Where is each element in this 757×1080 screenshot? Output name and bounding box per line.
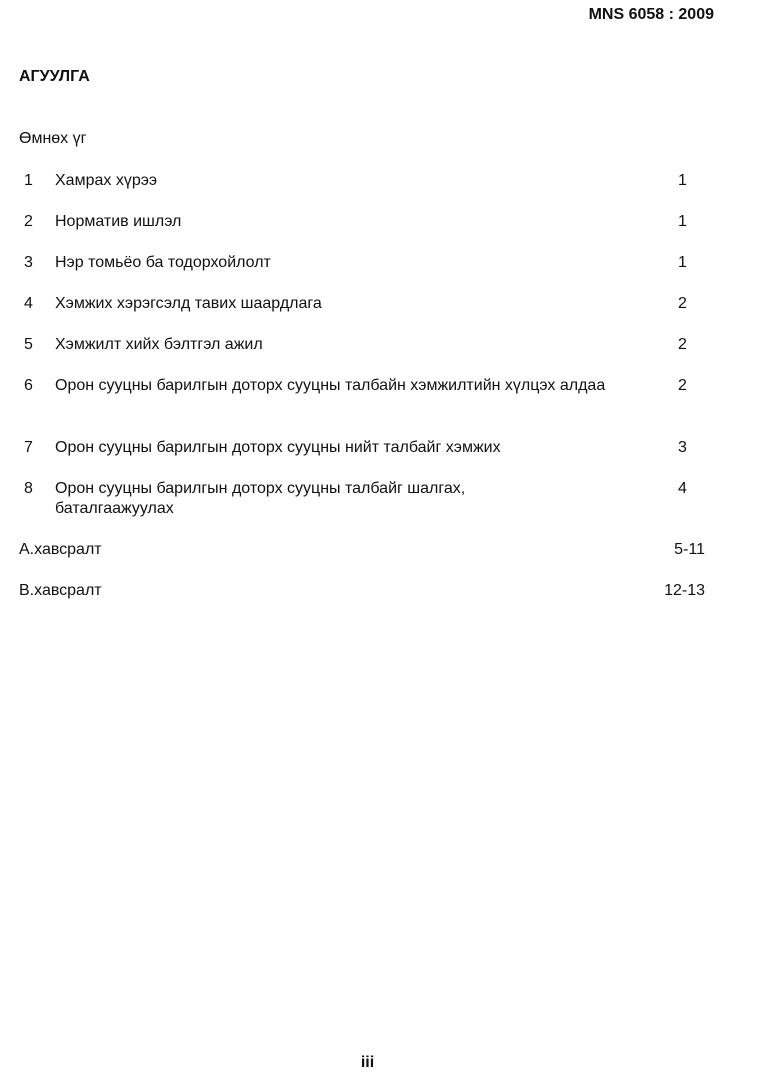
toc-entry-title: Орон сууцны барилгын доторх сууцны талба…	[55, 479, 525, 519]
annex-title: В.хавсралт	[19, 581, 102, 601]
toc-entry-title: Хамрах хүрээ	[55, 171, 635, 191]
toc-entry-title: Хэмжилт хийх бэлтгэл ажил	[55, 335, 635, 355]
toc-entry-page: 1	[678, 171, 687, 191]
toc-entry-number: 7	[24, 438, 33, 458]
toc-entry-number: 6	[24, 376, 33, 396]
toc-entry-number: 1	[24, 171, 33, 191]
toc-entry-page: 2	[678, 376, 687, 396]
toc-entry-title: Нэр томьёо ба тодорхойлолт	[55, 253, 635, 273]
toc-entry-page: 4	[678, 479, 687, 499]
toc-entry-number: 8	[24, 479, 33, 499]
toc-entry-page: 1	[678, 212, 687, 232]
toc-entry-title: Орон сууцны барилгын доторх сууцны нийт …	[55, 438, 635, 458]
toc-entry-page: 2	[678, 335, 687, 355]
page-title: АГУУЛГА	[19, 68, 90, 86]
toc-foreword: Өмнөх үг	[19, 130, 86, 148]
toc-entry-page: 3	[678, 438, 687, 458]
annex-page: 5-11	[674, 540, 705, 560]
toc-entry-title: Хэмжих хэрэгсэлд тавих шаардлага	[55, 294, 635, 314]
annex-title: А.хавсралт	[19, 540, 102, 560]
toc-entry-page: 1	[678, 253, 687, 273]
toc-entry-title: Норматив ишлэл	[55, 212, 635, 232]
toc-entry-number: 2	[24, 212, 33, 232]
page-number: iii	[0, 1054, 735, 1072]
annex-page: 12-13	[664, 581, 705, 601]
toc-entry-number: 3	[24, 253, 33, 273]
toc-entry-page: 2	[678, 294, 687, 314]
toc-entry-number: 5	[24, 335, 33, 355]
toc-entry-number: 4	[24, 294, 33, 314]
toc-entry-title: Орон сууцны барилгын доторх сууцны талба…	[55, 376, 635, 396]
standard-code: MNS 6058 : 2009	[589, 6, 714, 24]
